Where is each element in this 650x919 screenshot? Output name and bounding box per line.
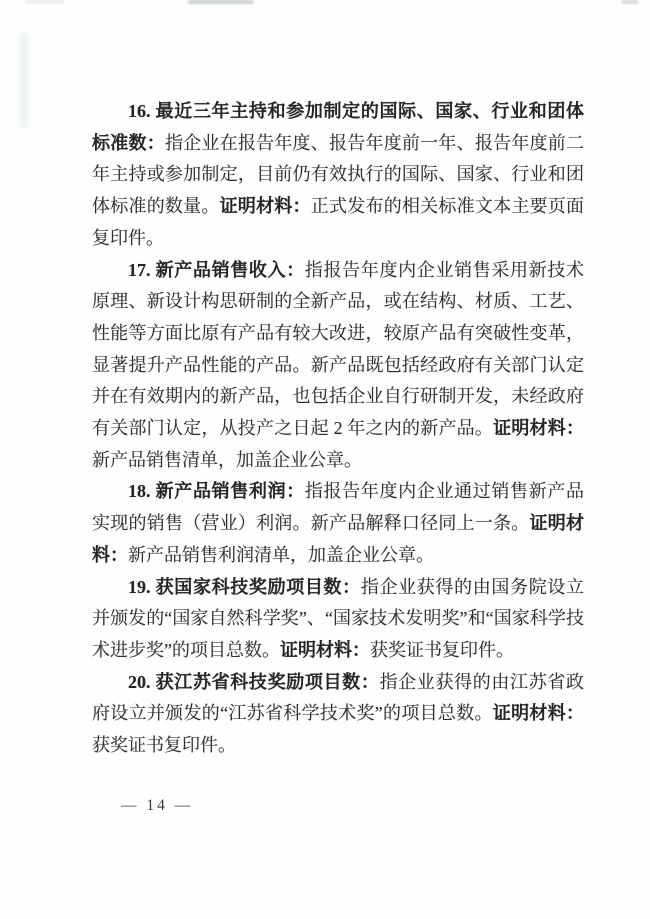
paragraph-18: 18. 新产品销售利润：指报告年度内企业通过销售新产品实现的销售（营业）利润。新… <box>92 476 584 571</box>
term-label: 证明材料： <box>220 196 311 216</box>
body-text: 新产品销售利润清单，加盖企业公章。 <box>128 545 434 565</box>
term-label: 18. 新产品销售利润： <box>128 481 305 501</box>
body-text: 新产品销售清单，加盖企业公章。 <box>92 450 362 470</box>
scan-artifact <box>188 0 254 4</box>
term-label: 20. 获江苏省科技奖励项目数： <box>128 672 379 692</box>
document-page: 16. 最近三年主持和参加制定的国际、国家、行业和团体标准数：指企业在报告年度、… <box>0 0 650 919</box>
body-text: 获奖证书复印件。 <box>370 640 514 660</box>
scan-artifact <box>26 0 64 3</box>
paragraph-20: 20. 获江苏省科技奖励项目数：指企业获得的由江苏省政府设立并颁发的“江苏省科学… <box>92 667 584 762</box>
page-number: — 14 — <box>121 797 193 815</box>
paragraph-19: 19. 获国家科技奖励项目数：指企业获得的由国务院设立并颁发的“国家自然科学奖”… <box>92 572 584 667</box>
term-label: 证明材料： <box>493 418 584 438</box>
term-label: 证明材料： <box>280 640 370 660</box>
body-text: 获奖证书复印件。 <box>92 735 236 755</box>
scan-artifact <box>622 0 638 4</box>
body-text: 指报告年度内企业销售采用新技术原理、新设计构思研制的全新产品，或在结构、材质、工… <box>92 260 584 439</box>
term-label: 19. 获国家科技奖励项目数： <box>128 577 361 597</box>
scan-artifact <box>20 33 28 128</box>
term-label: 证明材料： <box>493 703 584 723</box>
paragraph-17: 17. 新产品销售收入：指报告年度内企业销售采用新技术原理、新设计构思研制的全新… <box>92 255 584 477</box>
document-body: 16. 最近三年主持和参加制定的国际、国家、行业和团体标准数：指企业在报告年度、… <box>92 96 584 762</box>
term-label: 17. 新产品销售收入： <box>128 260 305 280</box>
paragraph-16: 16. 最近三年主持和参加制定的国际、国家、行业和团体标准数：指企业在报告年度、… <box>92 96 584 255</box>
